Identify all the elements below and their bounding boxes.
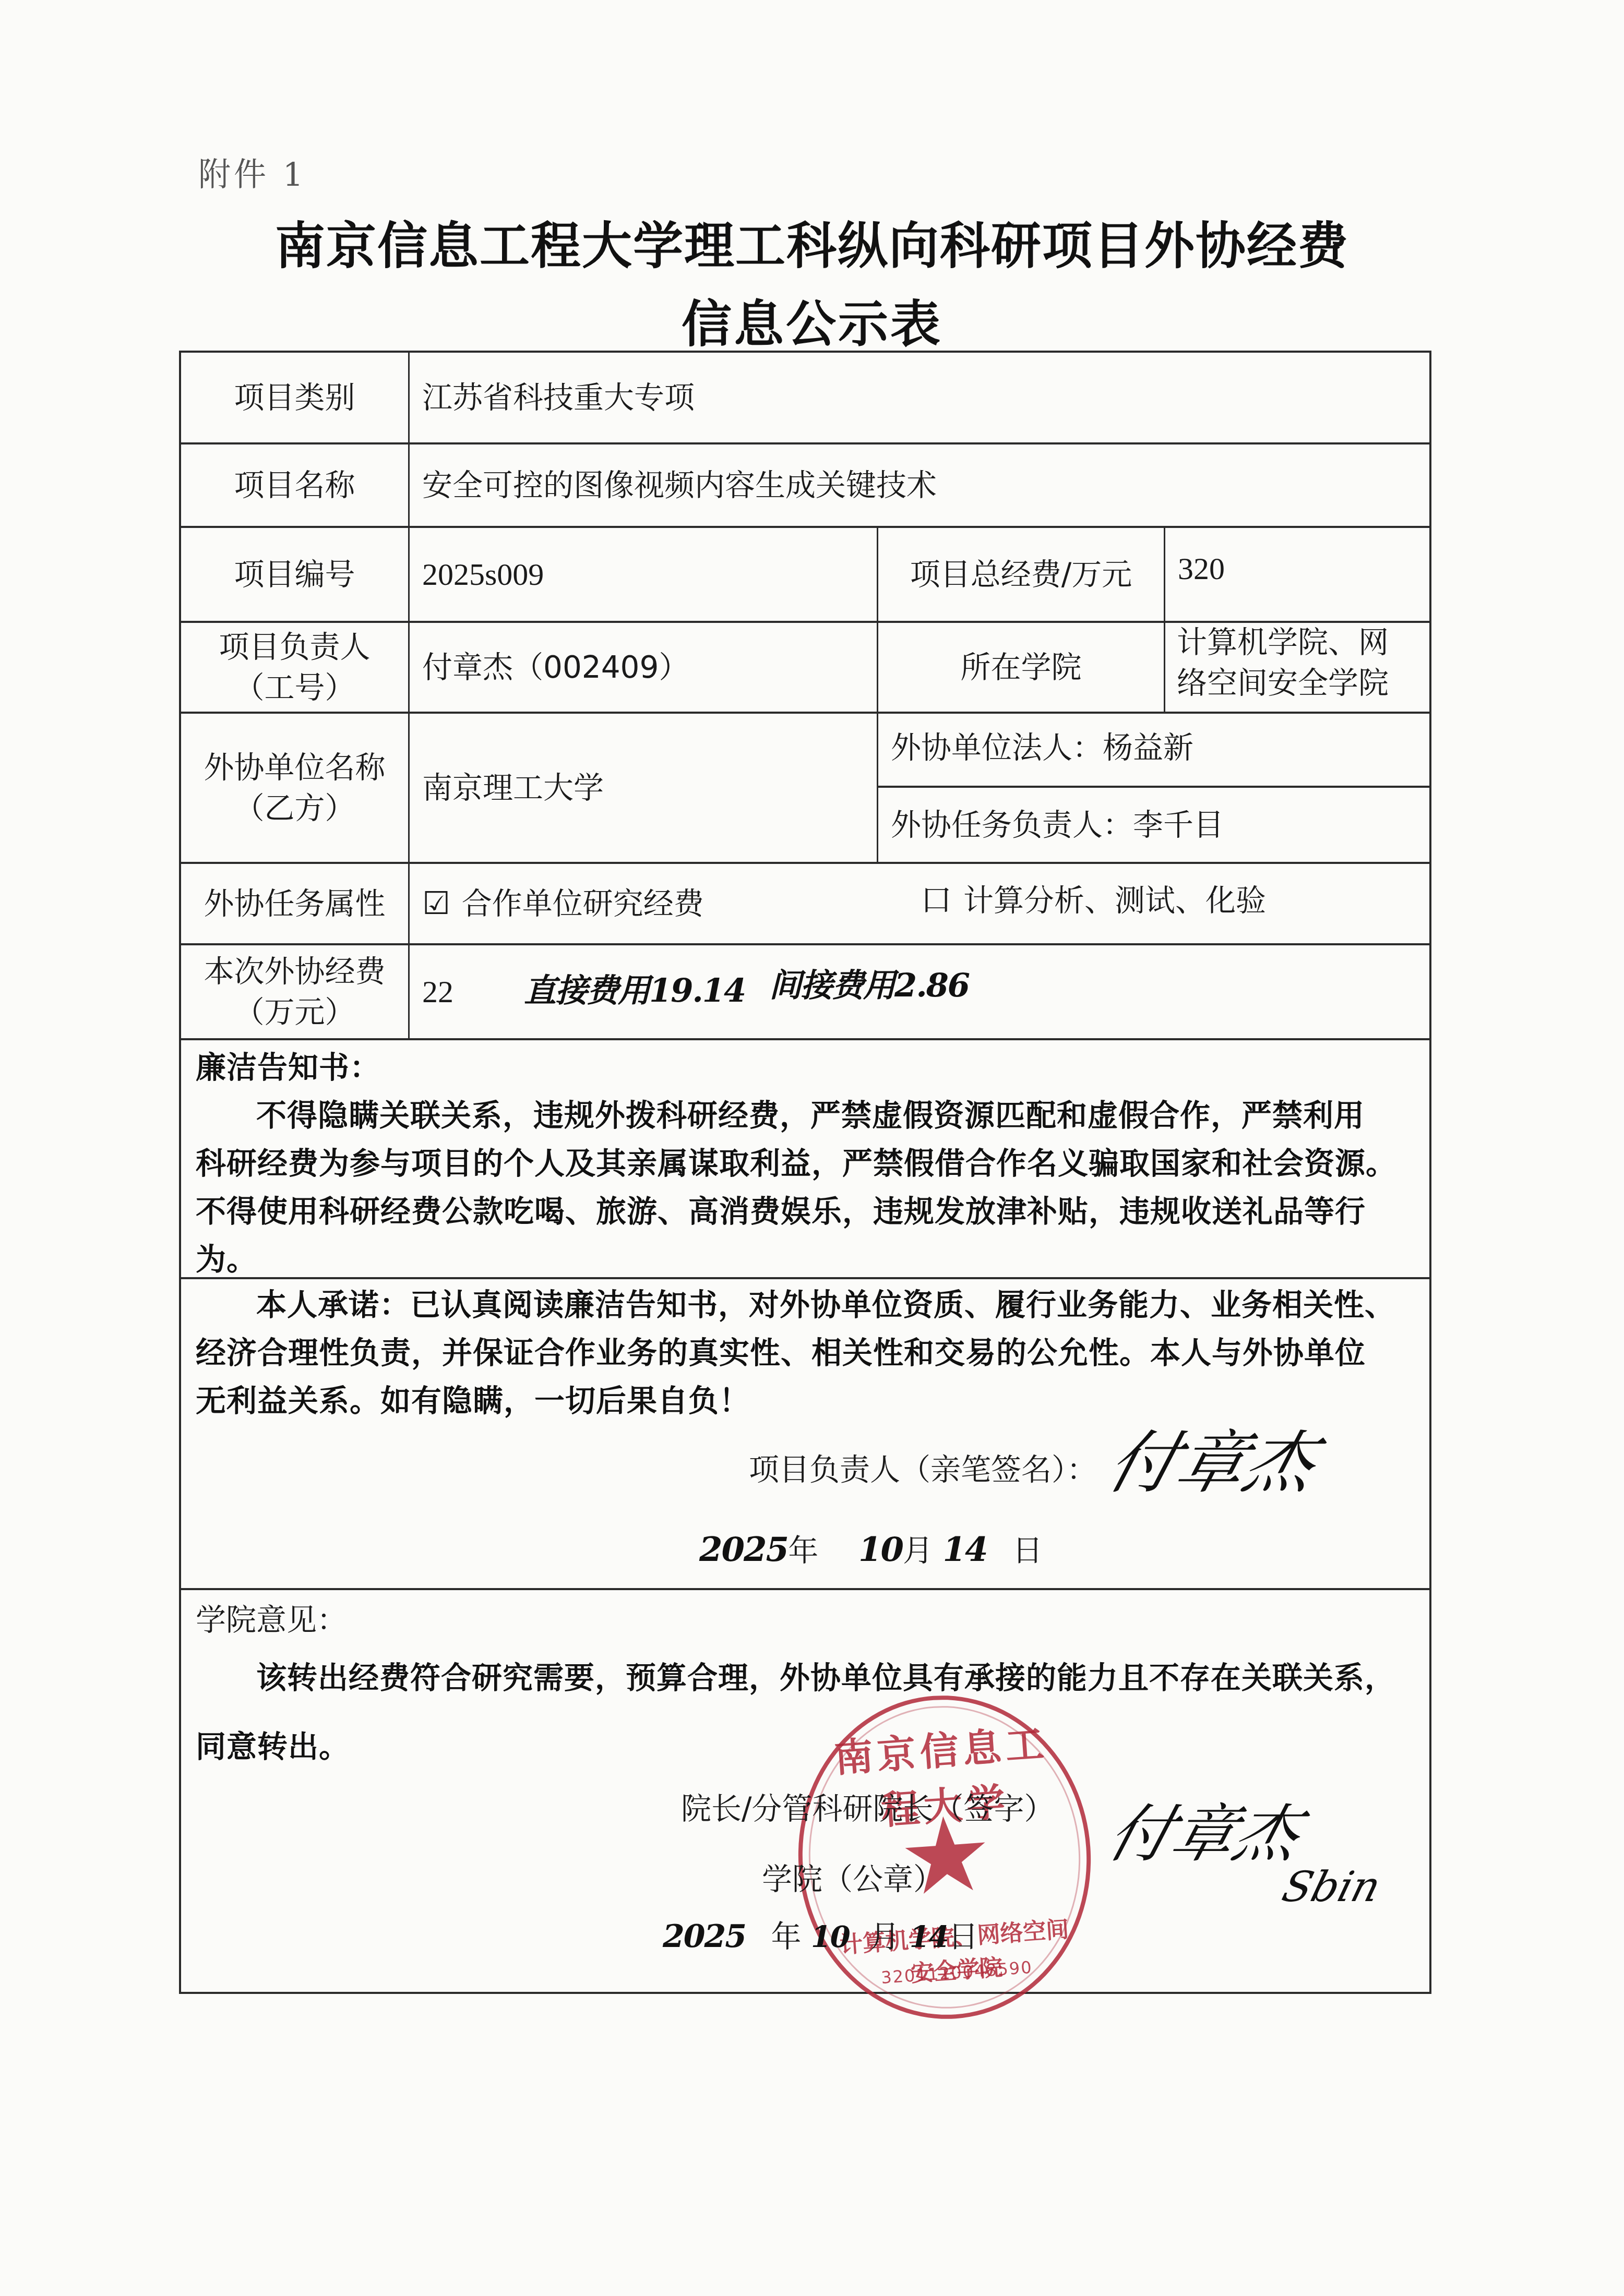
leader-signature-label: 项目负责人（亲笔签名）：: [749, 1445, 1097, 1489]
dean-signature: 付章杰: [1100, 1784, 1311, 1874]
project-leader-value: 付章杰（002409）: [410, 623, 877, 712]
commitment-date: 2025年 10月 14 日: [699, 1526, 1043, 1570]
college-value: 计算机学院、网 络空间安全学院: [1165, 616, 1429, 710]
task-option-label: 合作单位研究经费: [462, 883, 704, 924]
project-leader-label-line1: 项目负责人: [219, 627, 370, 667]
integrity-notice-line: 不得隐瞒关联关系，违规外拨科研经费，严禁虚假资源匹配和虚假合作，严禁利用: [196, 1091, 1417, 1139]
dean-sign-label: 院长/分管科研院长（签字）: [681, 1784, 1055, 1828]
checkbox-unchecked-icon[interactable]: 口: [921, 880, 952, 922]
current-fee-label-line2: （万元）: [234, 992, 355, 1032]
task-option-label: 计算分析、测试、化验: [963, 880, 1266, 921]
document-subtitle: 信息公示表: [0, 284, 1624, 356]
project-leader-label: 项目负责人 （工号）: [181, 623, 408, 712]
commitment-statement: 本人承诺：已认真阅读廉洁告知书，对外协单位资质、履行业务能力、业务相关性、 经济…: [196, 1281, 1417, 1425]
date-month: 10: [858, 1530, 903, 1569]
college-value-line2: 络空间安全学院: [1177, 663, 1389, 703]
row-divider: [179, 1588, 1431, 1590]
date-year: 2025: [663, 1918, 746, 1955]
commitment-line: 本人承诺：已认真阅读廉洁告知书，对外协单位资质、履行业务能力、业务相关性、: [196, 1281, 1417, 1329]
row-divider: [179, 1038, 1431, 1040]
current-fee-label-line1: 本次外协经费: [204, 951, 385, 992]
integrity-notice-line: 不得使用科研经费公款吃喝、旅游、高消费娱乐，违规发放津补贴，违规收送礼品等行: [196, 1187, 1417, 1235]
date-day: 14: [943, 1530, 987, 1569]
project-code-label: 项目编号: [181, 528, 408, 621]
secondary-signature: Sbin: [1277, 1862, 1386, 1911]
college-value-line1: 计算机学院、网: [1177, 622, 1389, 663]
college-opinion-title: 学院意见：: [196, 1595, 347, 1639]
commitment-line: 经济合理性负责，并保证合作业务的真实性、相关性和交易的公允性。本人与外协单位: [196, 1329, 1417, 1377]
seal-label: 学院（公章）: [762, 1855, 944, 1898]
date-day: 14: [910, 1920, 948, 1954]
partner-unit-label: 外协单位名称 （乙方）: [181, 714, 408, 862]
project-name-value: 安全可控的图像视频内容生成关键技术: [410, 444, 1427, 526]
project-category-value: 江苏省科技重大专项: [410, 353, 1427, 442]
document-title: 南京信息工程大学理工科纵向科研项目外协经费: [0, 206, 1624, 278]
partner-legal-rep: 外协单位法人： 杨益新: [878, 710, 1429, 786]
college-opinion-line: 同意转出。: [196, 1723, 1417, 1771]
date-month: 10: [811, 1920, 850, 1954]
college-opinion-body: 该转出经费符合研究需要，预算合理，外协单位具有承接的能力且不存在关联关系， 同意…: [196, 1654, 1417, 1771]
handwritten-indirect-cost: 间接费用2.86: [757, 939, 1018, 1032]
integrity-notice-line: 科研经费为参与项目的个人及其亲属谋取利益，严禁假借合作名义骗取国家和社会资源。: [196, 1139, 1417, 1187]
current-fee-value: 22: [410, 945, 514, 1038]
current-fee-label: 本次外协经费 （万元）: [181, 945, 408, 1038]
checkbox-checked-icon[interactable]: ☑: [422, 883, 450, 925]
integrity-notice-title: 廉洁告知书：: [196, 1043, 1417, 1091]
date-year: 2025: [699, 1530, 788, 1569]
partner-task-lead-label: 外协任务负责人：: [891, 804, 1133, 845]
college-opinion-line: 该转出经费符合研究需要，预算合理，外协单位具有承接的能力且不存在关联关系，: [196, 1654, 1417, 1702]
partner-unit-label-line1: 外协单位名称: [204, 747, 385, 788]
total-budget-value: 320: [1165, 522, 1429, 615]
handwritten-direct-cost: 直接费用19.14: [511, 944, 772, 1037]
project-category-label: 项目类别: [181, 353, 408, 442]
project-name-label: 项目名称: [181, 444, 408, 526]
partner-task-lead-value: 李千目: [1133, 804, 1224, 845]
project-leader-label-line2: （工号）: [234, 667, 355, 708]
partner-legal-rep-value: 杨益新: [1103, 727, 1193, 768]
integrity-notice: 廉洁告知书： 不得隐瞒关联关系，违规外拨科研经费，严禁虚假资源匹配和虚假合作，严…: [196, 1043, 1417, 1283]
partner-task-lead: 外协任务负责人： 李千目: [878, 788, 1429, 862]
partner-unit-label-line2: （乙方）: [234, 788, 355, 828]
college-label: 所在学院: [878, 623, 1164, 712]
project-code-value: 2025s009: [410, 528, 877, 621]
attachment-label: 附件 1: [198, 149, 306, 195]
task-option-analysis-test[interactable]: 口 计算分析、测试、化验: [908, 861, 1425, 940]
task-option-research-fee[interactable]: ☑ 合作单位研究经费: [410, 864, 879, 943]
task-attribute-label: 外协任务属性: [181, 864, 408, 943]
total-budget-label: 项目总经费/万元: [878, 528, 1164, 621]
opinion-date: 2025 年 10 月 14日: [663, 1912, 978, 1956]
integrity-notice-line: 为。: [196, 1235, 1417, 1283]
partner-legal-rep-label: 外协单位法人：: [891, 727, 1103, 768]
partner-unit-value: 南京理工大学: [410, 714, 877, 862]
leader-signature: 付章杰: [1098, 1409, 1328, 1506]
